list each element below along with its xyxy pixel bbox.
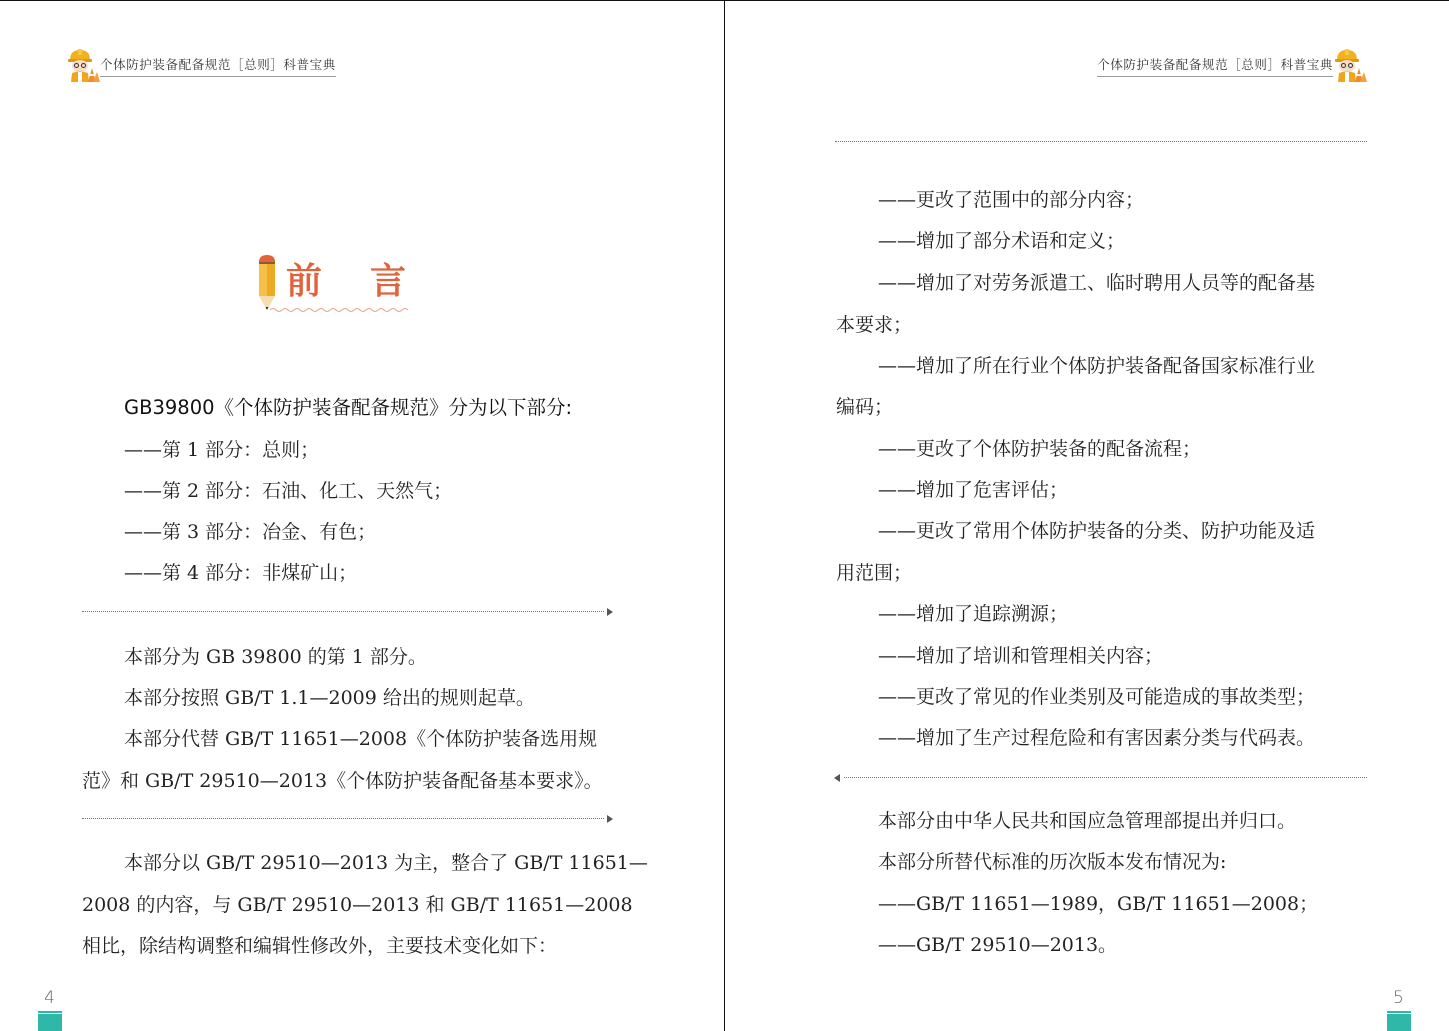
paragraph-line: 本部分为 GB 39800 的第 1 部分。 bbox=[124, 645, 427, 669]
change-item: ——增加了培训和管理相关内容； bbox=[878, 644, 1163, 668]
running-header-right: 个体防护装备配备规范［总则］科普宝典 bbox=[1097, 46, 1367, 82]
pencil-icon bbox=[258, 254, 276, 312]
change-item: ——增加了追踪溯源； bbox=[878, 602, 1068, 626]
heading-char-1: 前 bbox=[286, 260, 322, 304]
change-item: ——增加了生产过程危险和有害因素分类与代码表。 bbox=[878, 726, 1315, 750]
dotted-divider bbox=[82, 818, 604, 819]
change-item: ——增加了危害评估； bbox=[878, 478, 1068, 502]
construction-worker-icon bbox=[1333, 46, 1367, 82]
section-heading-preface: 前 言 bbox=[258, 254, 418, 314]
change-item: ——更改了范围中的部分内容； bbox=[878, 188, 1144, 212]
paragraph-line: ——GB/T 11651—1989，GB/T 11651—2008； bbox=[878, 892, 1318, 916]
change-item: 本要求； bbox=[836, 313, 912, 337]
header-title: 个体防护装备配备规范［总则］科普宝典 bbox=[100, 55, 336, 77]
page-left: 个体防护装备配备规范［总则］科普宝典 前 言 GB39800《个体防护装备配备规… bbox=[0, 0, 724, 1031]
change-item: ——更改了常见的作业类别及可能造成的事故类型； bbox=[878, 685, 1315, 709]
part-item: ——第 3 部分：冶金、有色； bbox=[124, 520, 376, 544]
page-right: 个体防护装备配备规范［总则］科普宝典 ——更改了范围中的部分内容； ——增加了部… bbox=[725, 0, 1449, 1031]
part-item: ——第 4 部分：非煤矿山； bbox=[124, 561, 357, 585]
part-item: ——第 2 部分：石油、化工、天然气； bbox=[124, 479, 452, 503]
page-number: 5 bbox=[1393, 988, 1404, 1008]
header-title: 个体防护装备配备规范［总则］科普宝典 bbox=[1097, 55, 1333, 77]
heading-char-2: 言 bbox=[370, 260, 406, 304]
paragraph-line: 本部分以 GB/T 29510—2013 为主，整合了 GB/T 11651— bbox=[124, 851, 648, 875]
arrow-left-icon bbox=[834, 774, 840, 782]
running-header-left: 个体防护装备配备规范［总则］科普宝典 bbox=[66, 46, 336, 82]
paragraph-line: 本部分代替 GB/T 11651—2008《个体防护装备选用规 bbox=[124, 727, 597, 751]
dotted-divider bbox=[844, 777, 1367, 778]
arrow-right-icon bbox=[607, 815, 613, 823]
change-item: ——更改了个体防护装备的配备流程； bbox=[878, 437, 1201, 461]
paragraph-line: 本部分由中华人民共和国应急管理部提出并归口。 bbox=[878, 809, 1296, 833]
paragraph-line: ——GB/T 29510—2013。 bbox=[878, 933, 1117, 957]
dotted-divider bbox=[82, 611, 604, 612]
change-item: ——增加了对劳务派遣工、临时聘用人员等的配备基 bbox=[878, 271, 1315, 295]
wavy-underline bbox=[270, 307, 410, 313]
change-item: ——更改了常用个体防护装备的分类、防护功能及适 bbox=[878, 519, 1315, 543]
paragraph-line: 相比，除结构调整和编辑性修改外，主要技术变化如下： bbox=[82, 934, 557, 958]
page-tab-marker bbox=[38, 1014, 62, 1031]
paragraph-line: 范》和 GB/T 29510—2013《个体防护装备配备基本要求》。 bbox=[82, 769, 603, 793]
change-item: ——增加了所在行业个体防护装备配备国家标准行业 bbox=[878, 354, 1315, 378]
paragraph-line: 2008 的内容，与 GB/T 29510—2013 和 GB/T 11651—… bbox=[82, 893, 633, 917]
paragraph-line: 本部分所替代标准的历次版本发布情况为: bbox=[878, 850, 1226, 874]
arrow-right-icon bbox=[607, 608, 613, 616]
page-tab-marker bbox=[1387, 1014, 1411, 1031]
dotted-divider bbox=[835, 141, 1367, 142]
paragraph-line: 本部分按照 GB/T 1.1—2009 给出的规则起草。 bbox=[124, 686, 535, 710]
part-item: ——第 1 部分：总则； bbox=[124, 438, 319, 462]
construction-worker-icon bbox=[66, 46, 100, 82]
change-item: 编码； bbox=[836, 395, 893, 419]
change-item: ——增加了部分术语和定义； bbox=[878, 229, 1125, 253]
page-number: 4 bbox=[44, 988, 55, 1008]
standard-intro: GB39800《个体防护装备配备规范》分为以下部分: bbox=[124, 396, 572, 420]
change-item: 用范围； bbox=[836, 561, 912, 585]
